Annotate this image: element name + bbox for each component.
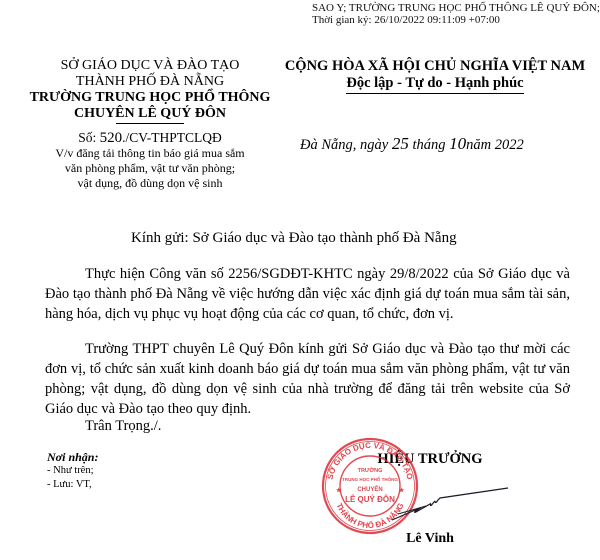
digital-signature-line1: SAO Y; TRƯỜNG TRUNG HỌC PHỔ THÔNG LÊ QUÝ… (312, 2, 600, 14)
handwritten-signature-icon (390, 484, 510, 524)
svg-text:TRƯỜNG: TRƯỜNG (358, 466, 383, 474)
date-month: 10 (449, 134, 466, 153)
issuer-line3: TRƯỜNG TRUNG HỌC PHỔ THÔNG (0, 90, 300, 106)
national-title: CỘNG HÒA XÃ HỘI CHỦ NGHĨA VIỆT NAM (270, 58, 600, 75)
subject-line2: văn phòng phẩm, vật tư văn phòng; (0, 161, 300, 176)
body-paragraph-2: Trường THPT chuyên Lê Quý Đôn kính gửi S… (45, 339, 570, 419)
svg-text:LÊ QUÝ ĐÔN: LÊ QUÝ ĐÔN (345, 495, 395, 504)
digital-signature-info: SAO Y; TRƯỜNG TRUNG HỌC PHỔ THÔNG LÊ QUÝ… (312, 2, 600, 26)
svg-text:★: ★ (336, 487, 342, 494)
national-motto: Độc lập - Tự do - Hạnh phúc (346, 75, 523, 94)
number-value: 520 (100, 130, 123, 146)
recipients-title: Nơi nhận: (47, 450, 98, 464)
document-date: Đà Nẵng, ngày 25 tháng 10năm 2022 (300, 134, 524, 154)
svg-text:SỞ GIÁO DỤC VÀ ĐÀO TẠO: SỞ GIÁO DỤC VÀ ĐÀO TẠO (326, 441, 415, 481)
issuer-line4: CHUYÊN LÊ QUÝ ĐÔN (0, 106, 300, 122)
addressee: Kính gửi: Sở Giáo dục và Đào tạo thành p… (131, 230, 457, 247)
svg-text:CHUYÊN: CHUYÊN (357, 485, 382, 493)
body-paragraph-1: Thực hiện Công văn số 2256/SGDĐT-KHTC ng… (45, 264, 570, 324)
closing-phrase: Trân Trọng./. (85, 418, 161, 435)
subject-line3: vật dụng, đồ dùng dọn vệ sinh (0, 176, 300, 191)
document-reference: Số: 520./CV-THPTCLQĐ V/v đăng tải thông … (0, 130, 300, 191)
issuer-underline (116, 123, 184, 124)
recipient-item: - Như trên; (47, 464, 98, 478)
recipients-block: Nơi nhận: - Như trên; - Lưu: VT, (47, 450, 98, 492)
issuer-line1: SỞ GIÁO DỤC VÀ ĐÀO TẠO (0, 58, 300, 74)
national-header: CỘNG HÒA XÃ HỘI CHỦ NGHĨA VIỆT NAM Độc l… (270, 58, 600, 94)
signer-name: Lê Vinh (360, 531, 500, 547)
subject-line1: V/v đăng tải thông tin báo giá mua sắm (0, 146, 300, 161)
issuer-line2: THÀNH PHỐ ĐÀ NẴNG (0, 74, 300, 90)
recipient-item: - Lưu: VT, (47, 478, 98, 492)
issuer-header: SỞ GIÁO DỤC VÀ ĐÀO TẠO THÀNH PHỐ ĐÀ NẴNG… (0, 58, 300, 124)
svg-text:TRUNG HỌC PHỔ THÔNG: TRUNG HỌC PHỔ THÔNG (342, 475, 398, 482)
date-day: 25 (392, 134, 409, 153)
document-number: Số: 520./CV-THPTCLQĐ (0, 130, 300, 146)
digital-signature-line2: Thời gian ký: 26/10/2022 09:11:09 +07:00 (312, 14, 600, 26)
